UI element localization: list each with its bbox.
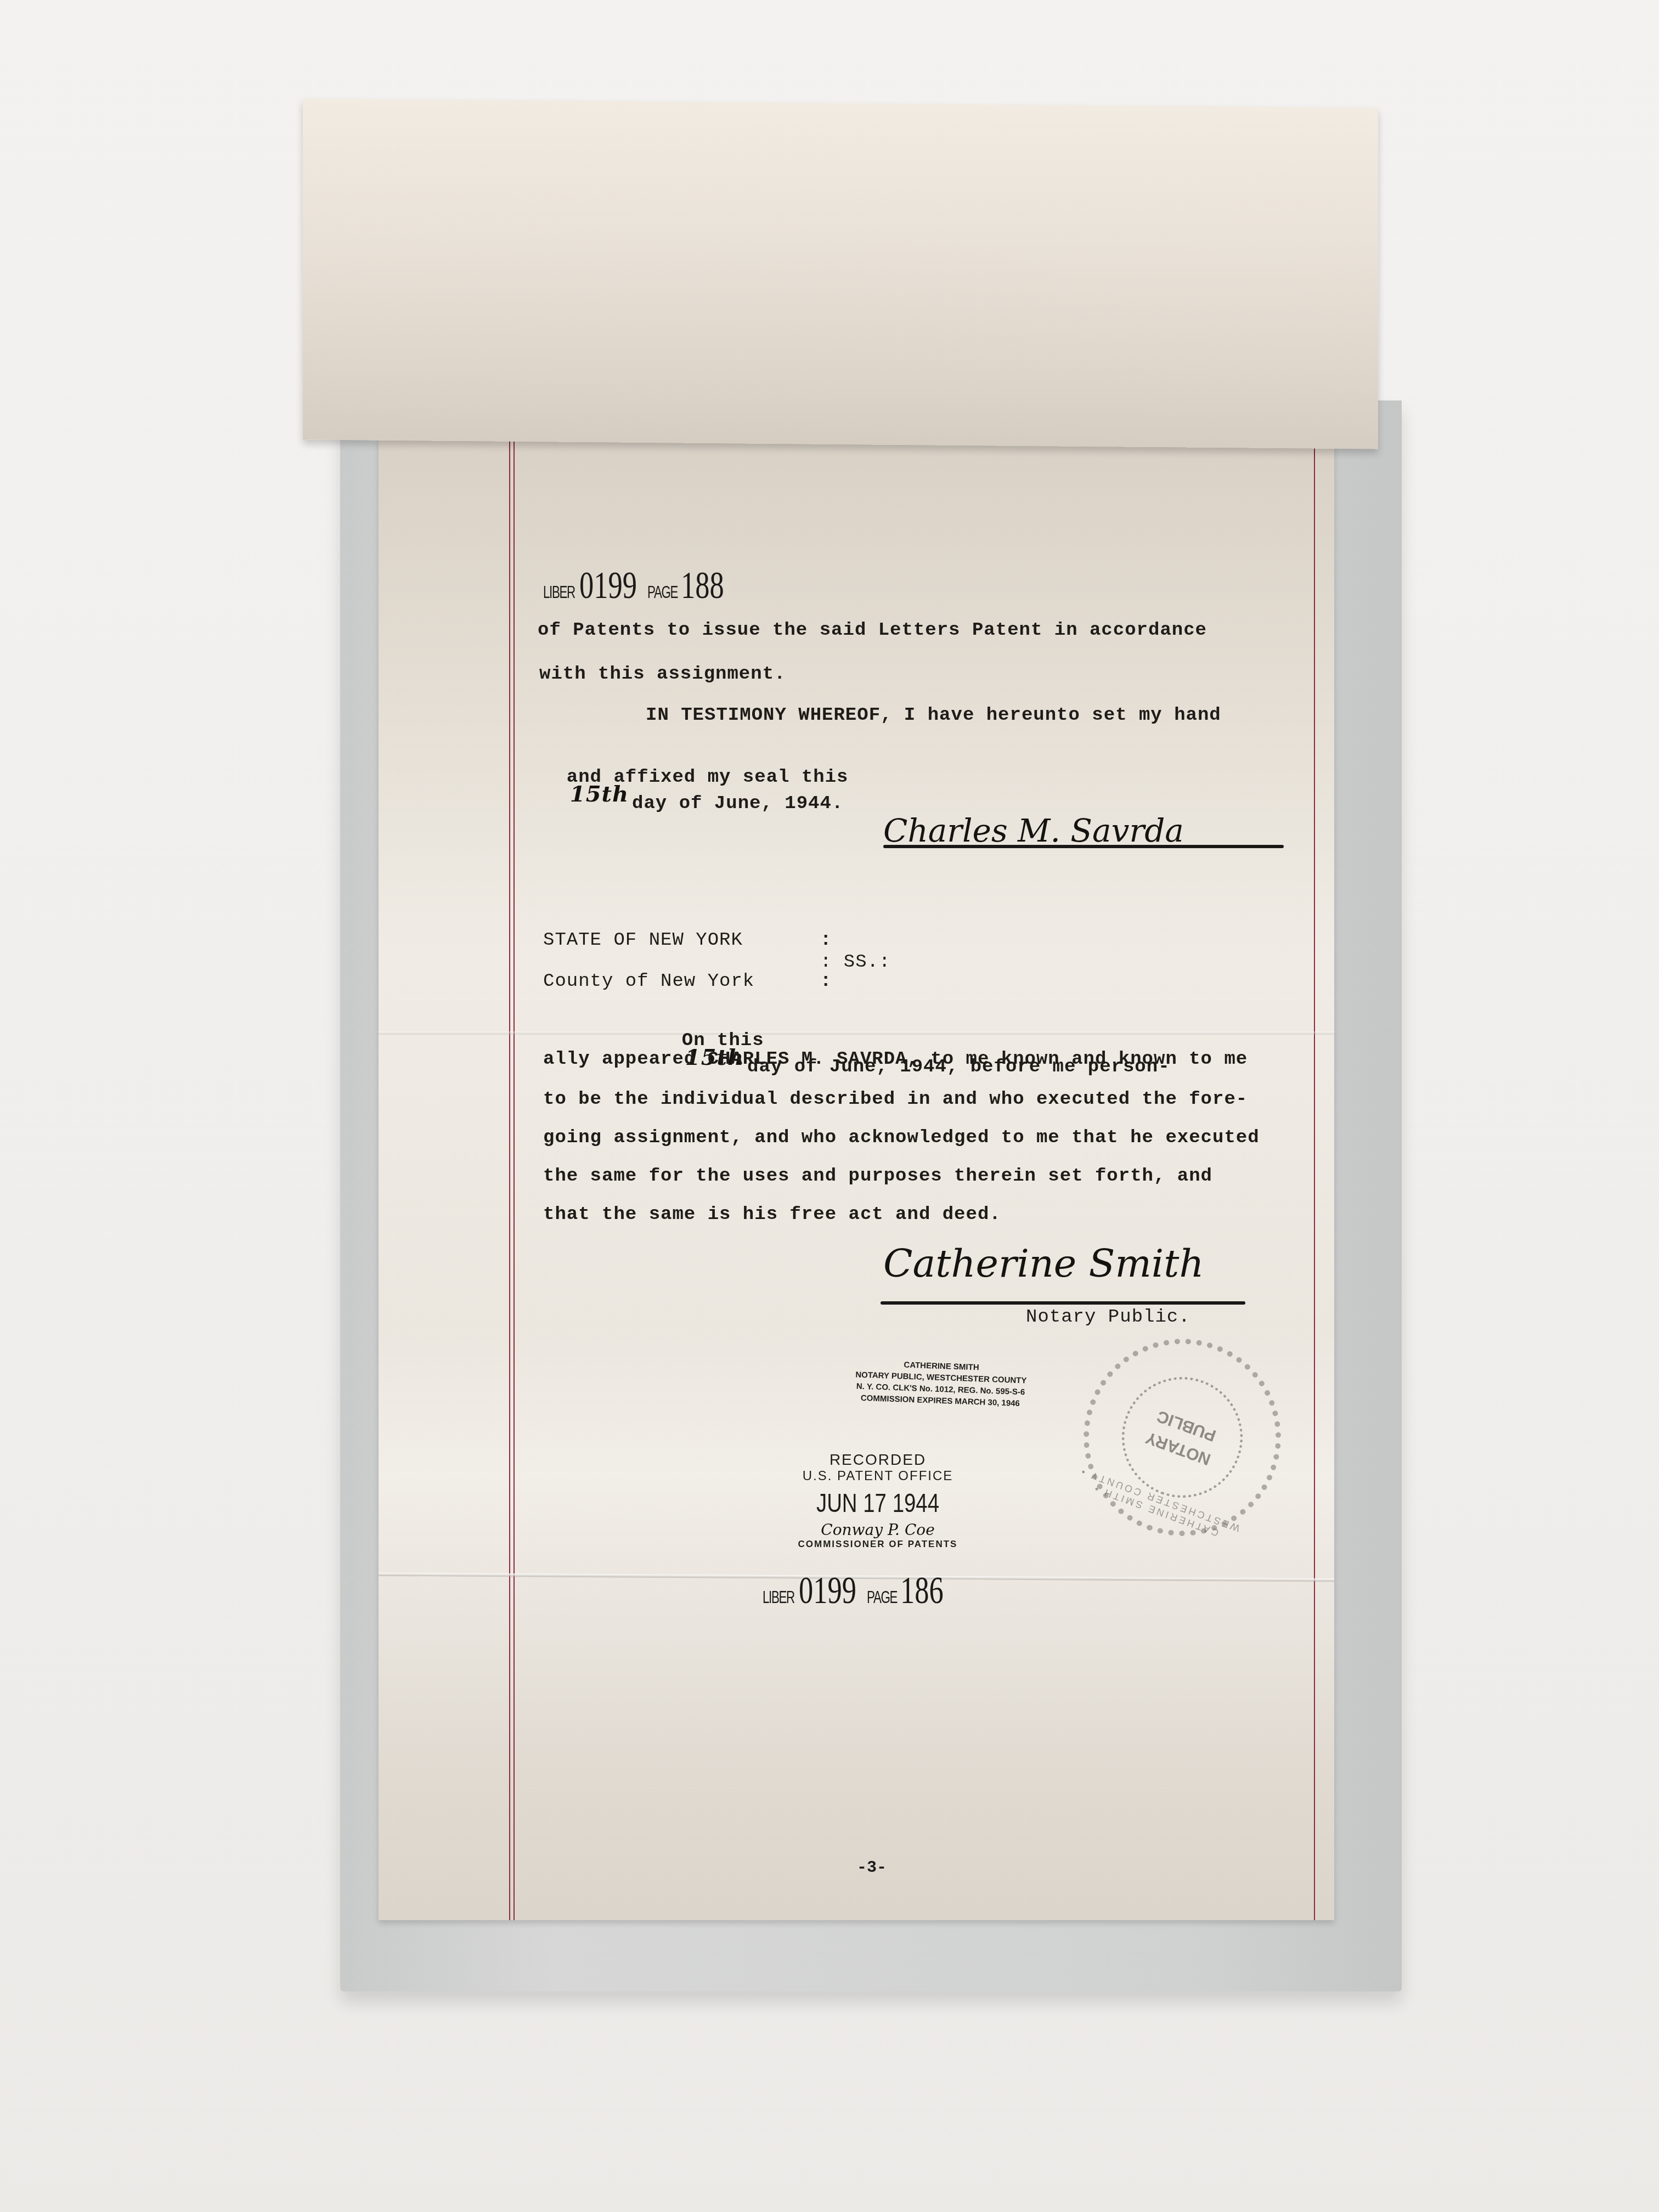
acknowledgment-line: that the same is his free act and deed. (543, 1204, 1001, 1225)
liber-number: 0199 (799, 1569, 856, 1613)
venue-county: County of New York (543, 971, 754, 992)
acknowledgment-line: the same for the uses and purposes there… (543, 1166, 1212, 1187)
liber-page-stamp-top: LIBER0199 PAGE188 (543, 564, 738, 608)
flap-show-through-text (511, 117, 1170, 134)
acknowledgment-line: to be the individual described in and wh… (543, 1089, 1248, 1110)
page-number-stamp: 186 (900, 1569, 944, 1613)
venue-ss: : SS.: (820, 952, 890, 973)
page-number: -3- (857, 1859, 887, 1877)
page-label: PAGE (647, 582, 678, 602)
body-line: of Patents to issue the said Letters Pat… (538, 620, 1207, 641)
commissioner-signature: Conway P. Coe (768, 1521, 988, 1539)
acknowledgment-line: going assignment, and who acknowledged t… (543, 1127, 1260, 1148)
recorded-office: U.S. PATENT OFFICE (768, 1469, 988, 1484)
patent-office-recorded-stamp: RECORDED U.S. PATENT OFFICE JUN 17 1944 … (768, 1451, 988, 1550)
seal-center-text: NOTARY PUBLIC (1120, 1395, 1245, 1480)
commissioner-title: COMMISSIONER OF PATENTS (768, 1539, 988, 1550)
signature-line (881, 1301, 1245, 1305)
recorded-label: RECORDED (768, 1451, 988, 1469)
signature-line (883, 845, 1284, 848)
venue-colon: : (820, 971, 832, 992)
testimony-line: IN TESTIMONY WHEREOF, I have hereunto se… (646, 705, 1221, 726)
venue-state: STATE OF NEW YORK (543, 930, 743, 951)
liber-page-stamp-bottom: LIBER0199 PAGE186 (763, 1569, 958, 1613)
venue-colon: : (820, 930, 832, 951)
page-number-stamp: 188 (681, 564, 724, 608)
testimony-line: and affixed my seal this 15thday of June… (543, 746, 849, 814)
left-margin-rule (509, 439, 510, 1920)
notary-title: Notary Public. (1026, 1307, 1190, 1328)
right-margin-rule (1314, 439, 1315, 1920)
folded-top-flap (303, 98, 1378, 449)
body-line: with this assignment. (539, 664, 786, 685)
recorded-date: JUN 17 1944 (790, 1488, 966, 1519)
testimony-suffix: day of June, 1944. (632, 793, 843, 814)
notary-signature: Catherine Smith (883, 1241, 1204, 1286)
liber-label: LIBER (763, 1587, 794, 1607)
liber-number: 0199 (579, 564, 637, 608)
handwritten-day: 15th (570, 781, 629, 807)
acknowledgment-line: ally appeared CHARLES M. SAVRDA, to me k… (543, 1049, 1248, 1070)
assignor-signature: Charles M. Savrda (883, 812, 1184, 849)
liber-label: LIBER (543, 582, 575, 602)
page-label: PAGE (867, 1587, 897, 1607)
flap-show-through-text (632, 178, 1071, 194)
